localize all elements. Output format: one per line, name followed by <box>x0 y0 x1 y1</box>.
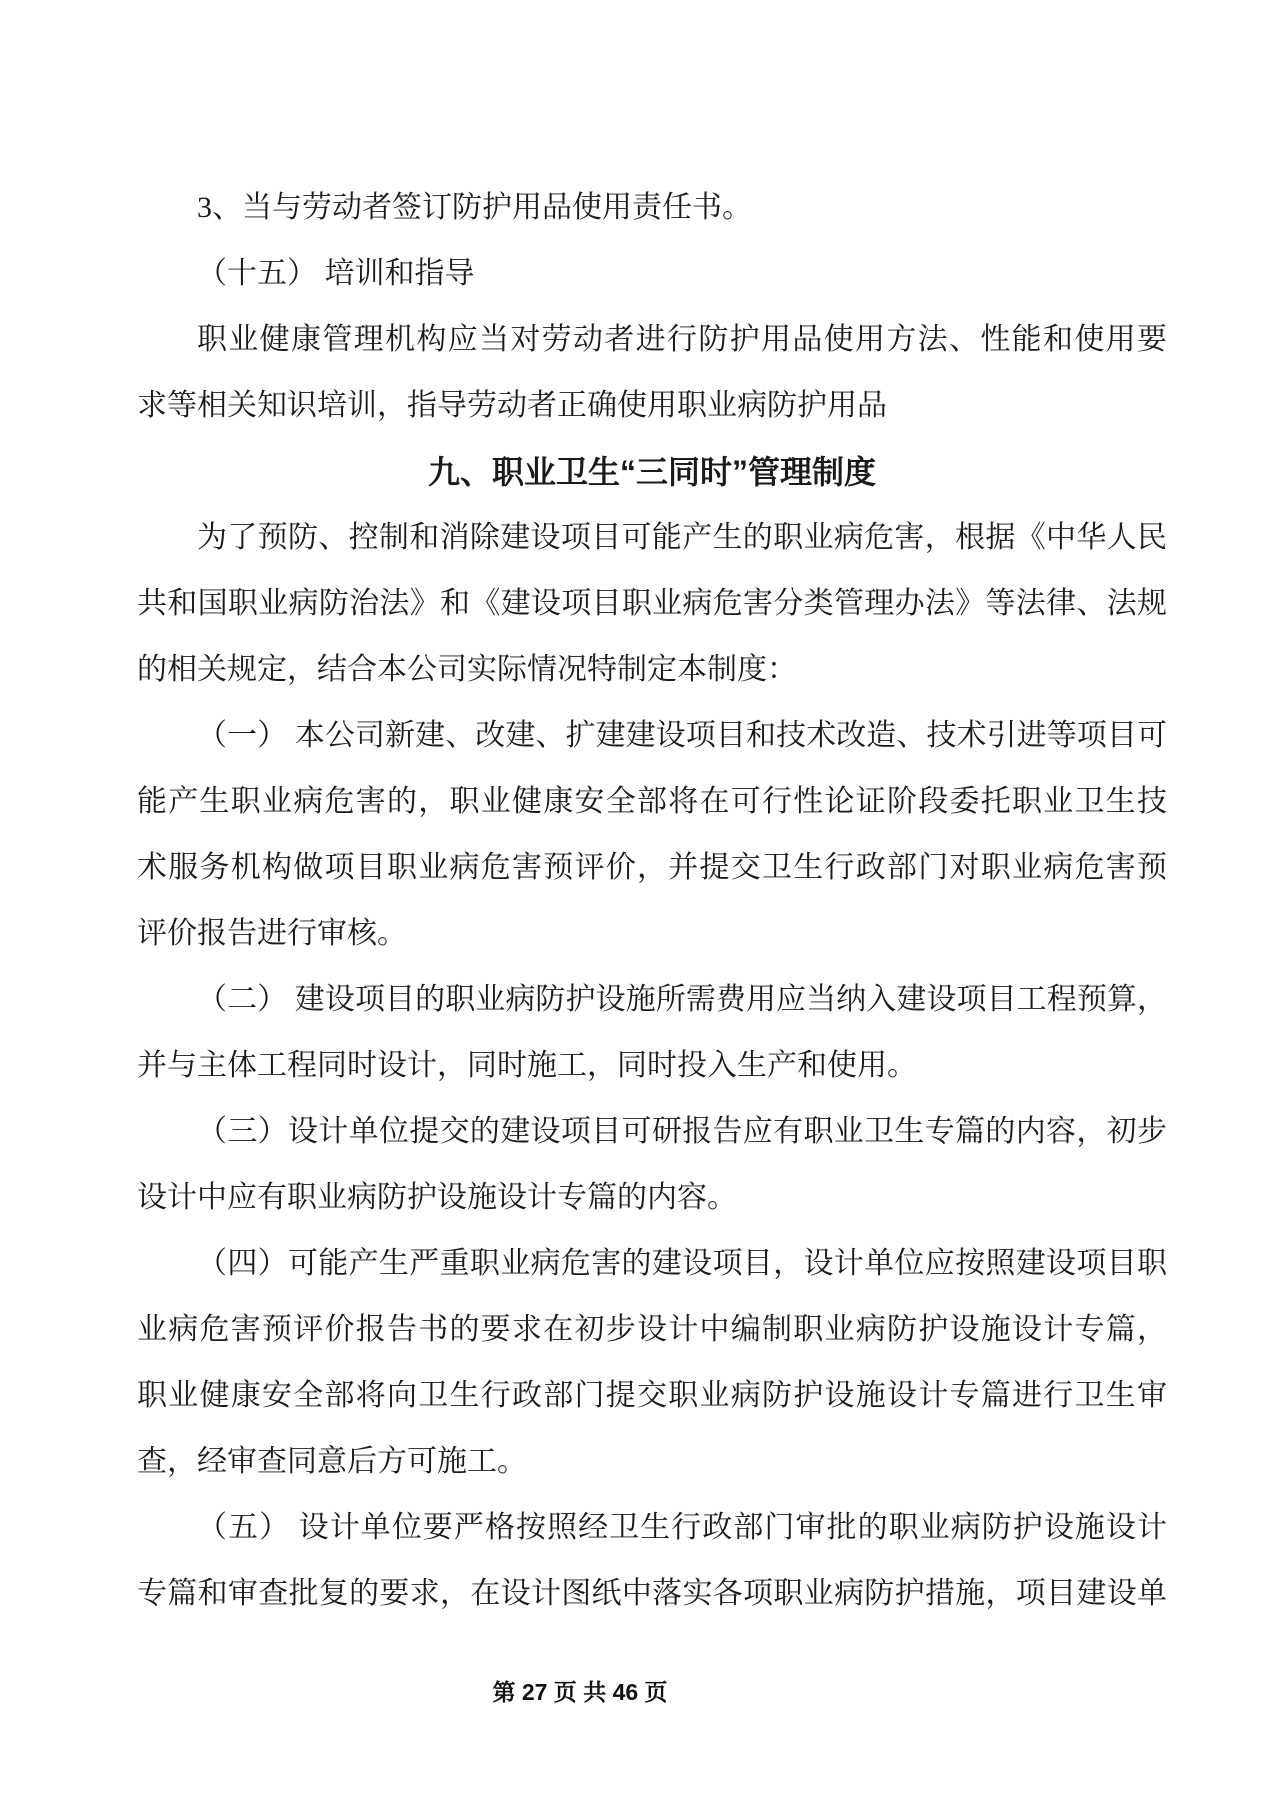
body-line: （二） 建设项目的职业病防护设施所需费用应当纳入建设项目工程预算， <box>137 967 1167 1033</box>
body-line: 共和国职业病防治法》和《建设项目职业病危害分类管理办法》等法律、法规 <box>137 571 1167 637</box>
body-line: 的相关规定，结合本公司实际情况特制定本制度： <box>137 637 1167 703</box>
body-line: 术服务机构做项目职业病危害预评价，并提交卫生行政部门对职业病危害预 <box>137 835 1167 901</box>
body-line: 3、当与劳动者签订防护用品使用责任书。 <box>137 175 1167 241</box>
body-line: 业病危害预评价报告书的要求在初步设计中编制职业病防护设施设计专篇， <box>137 1297 1167 1363</box>
body-line: （三）设计单位提交的建设项目可研报告应有职业卫生专篇的内容，初步 <box>137 1099 1167 1165</box>
body-line: （十五） 培训和指导 <box>137 241 1167 307</box>
body-line: 设计中应有职业病防护设施设计专篇的内容。 <box>137 1165 1167 1231</box>
body-line: 能产生职业病危害的，职业健康安全部将在可行性论证阶段委托职业卫生技 <box>137 769 1167 835</box>
document-page: 3、当与劳动者签订防护用品使用责任书。 （十五） 培训和指导 职业健康管理机构应… <box>0 0 1280 1810</box>
body-line: 查，经审查同意后方可施工。 <box>137 1429 1167 1495</box>
body-line: 为了预防、控制和消除建设项目可能产生的职业病危害，根据《中华人民 <box>137 505 1167 571</box>
body-line: 求等相关知识培训，指导劳动者正确使用职业病防护用品 <box>137 373 1167 439</box>
page-number: 第 27 页 共 46 页 <box>492 1679 667 1705</box>
body-line: （四）可能产生严重职业病危害的建设项目，设计单位应按照建设项目职 <box>137 1231 1167 1297</box>
body-line: 评价报告进行审核。 <box>137 901 1167 967</box>
document-body: 3、当与劳动者签订防护用品使用责任书。 （十五） 培训和指导 职业健康管理机构应… <box>137 175 1167 1627</box>
section-heading: 九、职业卫生“三同时”管理制度 <box>137 439 1167 505</box>
body-line: （五） 设计单位要严格按照经卫生行政部门审批的职业病防护设施设计 <box>137 1495 1167 1561</box>
body-line: （一） 本公司新建、改建、扩建建设项目和技术改造、技术引进等项目可 <box>137 703 1167 769</box>
page-footer: 第 27 页 共 46 页 <box>80 1672 1080 1712</box>
body-line: 职业健康管理机构应当对劳动者进行防护用品使用方法、性能和使用要 <box>137 307 1167 373</box>
body-line: 专篇和审查批复的要求，在设计图纸中落实各项职业病防护措施，项目建设单 <box>137 1561 1167 1627</box>
body-line: 并与主体工程同时设计，同时施工，同时投入生产和使用。 <box>137 1033 1167 1099</box>
body-line: 职业健康安全部将向卫生行政部门提交职业病防护设施设计专篇进行卫生审 <box>137 1363 1167 1429</box>
